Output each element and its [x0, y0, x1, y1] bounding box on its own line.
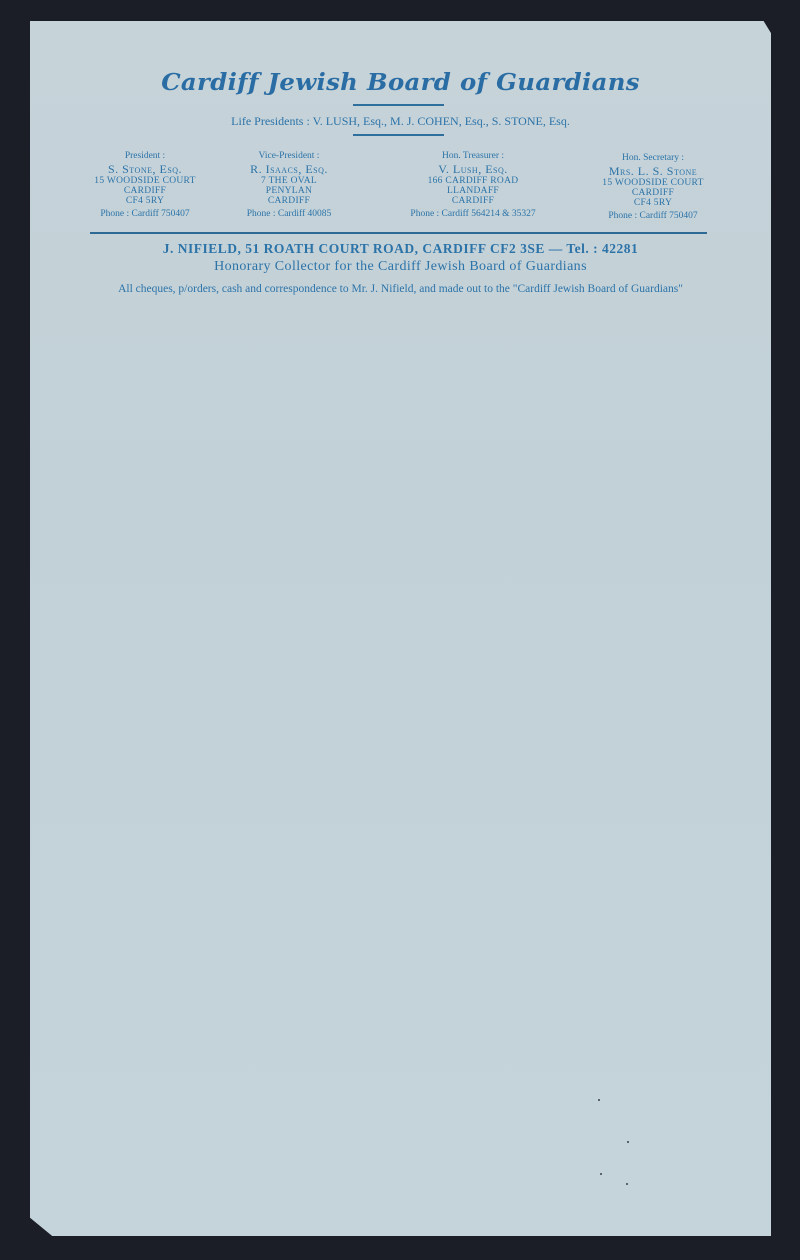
officer-address-line: 15 WOODSIDE COURT: [602, 178, 703, 188]
officer-treasurer: Hon. Treasurer : V. Lush, Esq. 166 CARDI…: [410, 151, 535, 220]
title-rule-top: [353, 104, 444, 106]
officer-address-line: 166 CARDIFF ROAD: [410, 176, 535, 186]
header-divider: [90, 232, 707, 234]
officer-name: R. Isaacs, Esq.: [247, 163, 332, 176]
paper-speck: [626, 1183, 628, 1185]
collector-role: Honorary Collector for the Cardiff Jewis…: [30, 259, 771, 275]
officer-address-line: CARDIFF: [94, 186, 195, 196]
payment-notice: All cheques, p/orders, cash and correspo…: [30, 283, 771, 295]
collector-address: J. NIFIELD, 51 ROATH COURT ROAD, CARDIFF…: [30, 241, 771, 257]
officer-phone: Phone : Cardiff 564214 & 35327: [410, 209, 535, 221]
officer-phone: Phone : Cardiff 750407: [602, 211, 703, 223]
life-presidents: Life Presidents : V. LUSH, Esq., M. J. C…: [30, 114, 771, 129]
paper-speck: [598, 1099, 600, 1101]
officer-president: President : S. Stone, Esq. 15 WOODSIDE C…: [94, 151, 195, 220]
officer-role: President :: [94, 151, 195, 163]
officer-name: V. Lush, Esq.: [410, 163, 535, 176]
organization-title: Cardiff Jewish Board of Guardians: [8, 69, 793, 96]
officer-address-line: CARDIFF: [602, 188, 703, 198]
officer-phone: Phone : Cardiff 750407: [94, 209, 195, 221]
officer-address-line: 15 WOODSIDE COURT: [94, 176, 195, 186]
officer-address-line: 7 THE OVAL: [247, 176, 332, 186]
officer-address-line: CF4 5RY: [602, 198, 703, 208]
officer-secretary: Hon. Secretary : Mrs. L. S. Stone 15 WOO…: [602, 153, 703, 222]
officer-address-line: CF4 5RY: [94, 196, 195, 206]
officer-name: S. Stone, Esq.: [94, 163, 195, 176]
paper-speck: [600, 1173, 602, 1175]
officer-phone: Phone : Cardiff 40085: [247, 209, 332, 221]
paper-speck: [627, 1141, 629, 1143]
officer-role: Vice-President :: [247, 151, 332, 163]
officer-role: Hon. Treasurer :: [410, 151, 535, 163]
officer-address-line: CARDIFF: [410, 196, 535, 206]
officer-address-line: LLANDAFF: [410, 186, 535, 196]
letterhead-paper: Cardiff Jewish Board of Guardians Life P…: [30, 21, 771, 1236]
officer-role: Hon. Secretary :: [602, 153, 703, 165]
title-rule-bottom: [353, 134, 444, 136]
officer-name: Mrs. L. S. Stone: [602, 165, 703, 178]
officer-vice-president: Vice-President : R. Isaacs, Esq. 7 THE O…: [247, 151, 332, 220]
officer-address-line: CARDIFF: [247, 196, 332, 206]
officer-address-line: PENYLAN: [247, 186, 332, 196]
